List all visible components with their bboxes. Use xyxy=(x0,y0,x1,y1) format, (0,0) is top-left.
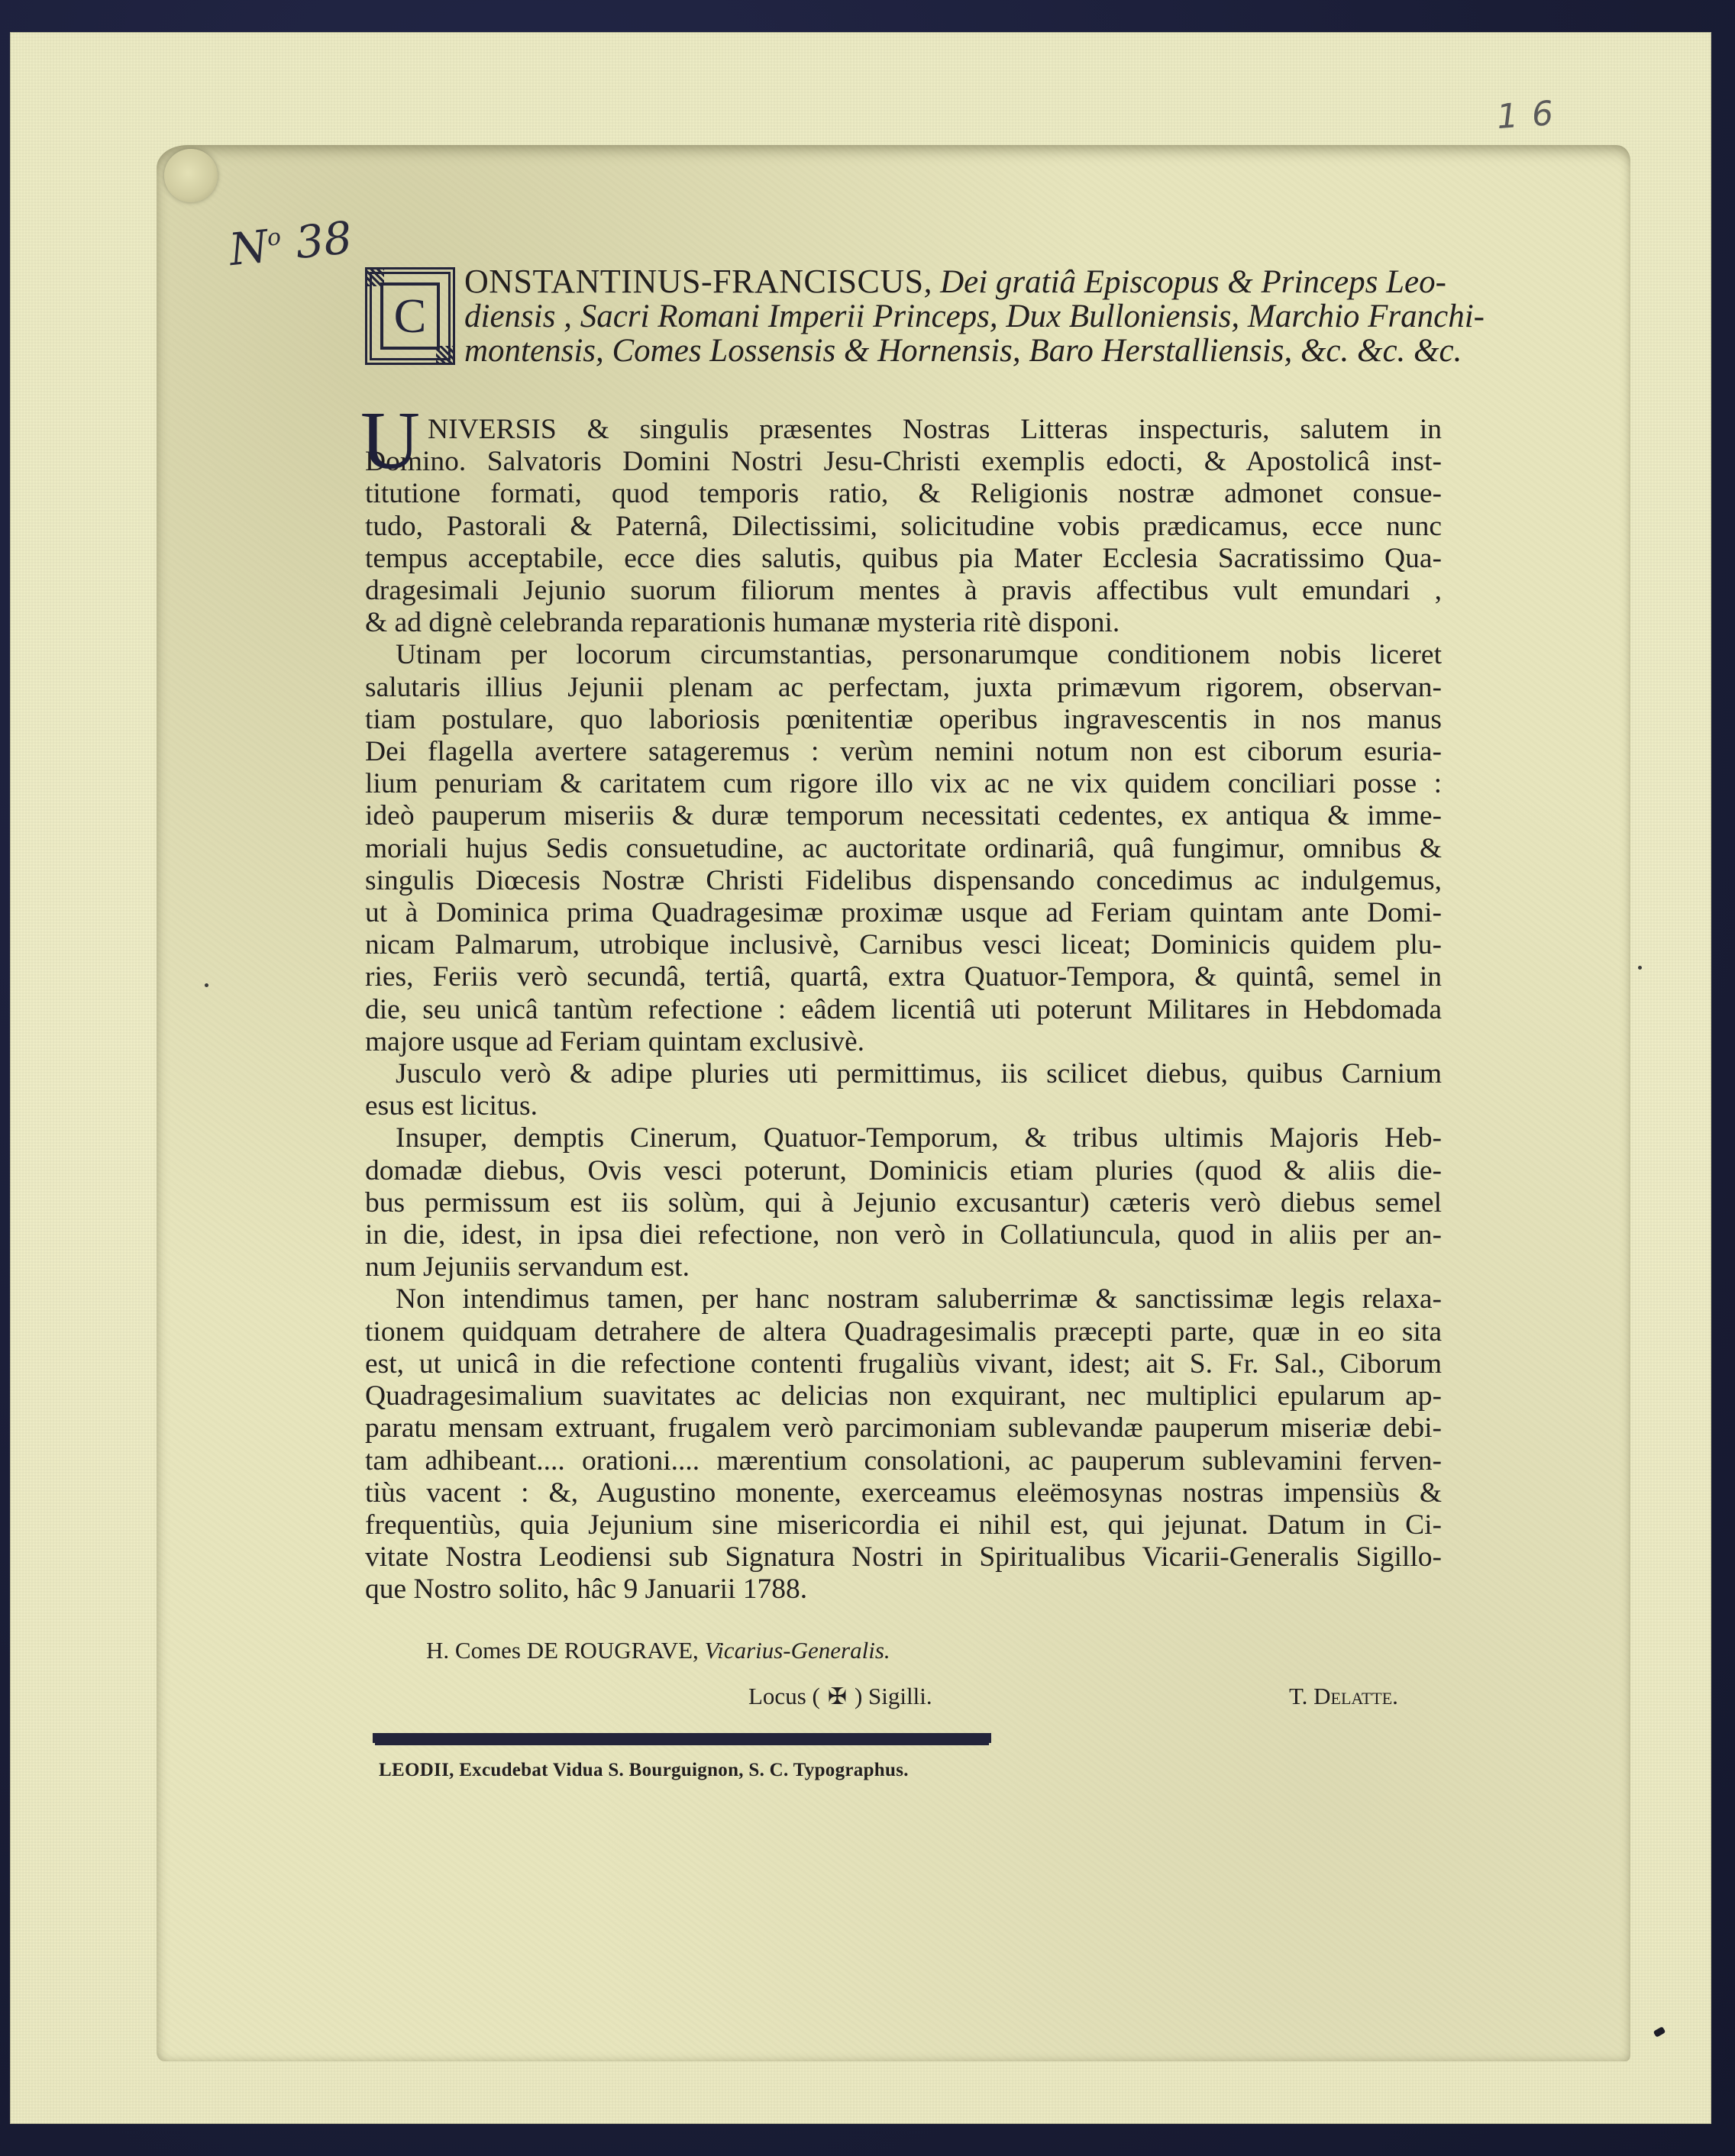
text-line: tudo, Pastorali & Paternâ, Dilectissimi,… xyxy=(365,511,1442,543)
text-line: frequentiùs, quia Jejunium sine miserico… xyxy=(365,1509,1442,1541)
seal-placeholder: Locus (✠) Sigilli. xyxy=(748,1673,932,1720)
drop-initial: U xyxy=(360,403,420,479)
text-line: in die, idest, in ipsa diei refectione, … xyxy=(365,1219,1442,1251)
text-line: Jusculo verò & adipe pluries uti permitt… xyxy=(365,1058,1442,1090)
text-line: Insuper, demptis Cinerum, Quatuor-Tempor… xyxy=(365,1122,1442,1154)
vicar-signature: H. Comes DE ROUGRAVE, Vicarius-Generalis… xyxy=(365,1628,1442,1673)
text-line: vitate Nostra Leodiensi sub Signatura No… xyxy=(365,1541,1442,1573)
document-content: C ONSTANTINUS-FRANCISCUS, Dei gratiâ Epi… xyxy=(365,267,1442,1781)
text-line: ut à Dominica prima Quadragesimæ proximæ… xyxy=(365,897,1442,929)
text-line: die, seu unicâ tantùm refectione : eâdem… xyxy=(365,994,1442,1026)
text-line: majore usque ad Feriam quintam exclusivè… xyxy=(365,1026,1442,1058)
text-line: dragesimali Jejunio suorum filiorum ment… xyxy=(365,575,1442,607)
text-line: que Nostro solito, hâc 9 Januarii 1788. xyxy=(365,1573,1442,1606)
text-line: esus est licitus. xyxy=(365,1090,1442,1122)
signature-block: H. Comes DE ROUGRAVE, Vicarius-Generalis… xyxy=(365,1628,1442,1719)
text-line: ideò pauperum miseriis & duræ temporum n… xyxy=(365,800,1442,832)
title-line: ONSTANTINUS-FRANCISCUS, Dei gratiâ Episc… xyxy=(464,264,1457,299)
text-line: moriali hujus Sedis consuetudine, ac auc… xyxy=(365,833,1442,865)
text-line: Dei flagella avertere satageremus : verù… xyxy=(365,736,1442,768)
title-block: C ONSTANTINUS-FRANCISCUS, Dei gratiâ Epi… xyxy=(365,267,1442,382)
text-line: tiùs vacent : &, Augustino monente, exer… xyxy=(365,1477,1442,1509)
text-line: domadæ diebus, Ovis vesci poterunt, Domi… xyxy=(365,1155,1442,1187)
text-line: Utinam per locorum circumstantias, perso… xyxy=(365,639,1442,671)
folio-number: 16 xyxy=(1495,93,1568,137)
torn-corner xyxy=(164,149,218,202)
text-line: singulis Diœcesis Nostræ Christi Fidelib… xyxy=(365,865,1442,897)
text-line: est, ut unicâ in die refectione contenti… xyxy=(365,1348,1442,1380)
printer-imprint: LEODII, Excudebat Vidua S. Bourguignon, … xyxy=(379,1760,1442,1781)
text-line: Domino. Salvatoris Domini Nostri Jesu-Ch… xyxy=(365,446,1442,478)
text-line: nicam Palmarum, utrobique inclusivè, Car… xyxy=(365,929,1442,961)
text-line: paratu mensam extruant, frugalem verò pa… xyxy=(365,1412,1442,1444)
text-line: & ad dignè celebranda reparationis human… xyxy=(365,607,1442,639)
text-line: NIVERSIS & singulis præsentes Nostras Li… xyxy=(365,414,1442,446)
dropcap-letter: C xyxy=(394,292,427,341)
secretary-signature: T. Delatte. xyxy=(1289,1673,1398,1719)
text-line: lium penuriam & caritatem cum rigore ill… xyxy=(365,768,1442,800)
text-line: tam adhibeant.... orationi.... mærentium… xyxy=(365,1445,1442,1477)
ornamental-initial: C xyxy=(365,267,455,365)
paragraph: Non intendimus tamen, per hanc nostram s… xyxy=(365,1283,1442,1606)
title-lines: ONSTANTINUS-FRANCISCUS, Dei gratiâ Episc… xyxy=(464,264,1457,368)
text-line: titutione formati, quod temporis ratio, … xyxy=(365,478,1442,510)
text-line: ries, Feriis verò secundâ, tertiâ, quart… xyxy=(365,961,1442,993)
text-line: tiam postulare, quo laboriosis pœnitenti… xyxy=(365,704,1442,736)
seal-line: Locus (✠) Sigilli. T. Delatte. xyxy=(365,1673,1442,1719)
cross-icon: ✠ xyxy=(828,1674,847,1720)
paragraph: Insuper, demptis Cinerum, Quatuor-Tempor… xyxy=(365,1122,1442,1283)
paragraph: Jusculo verò & adipe pluries uti permitt… xyxy=(365,1058,1442,1122)
body-text: UNIVERSIS & singulis præsentes Nostras L… xyxy=(365,414,1442,1606)
paragraph: Utinam per locorum circumstantias, perso… xyxy=(365,639,1442,1058)
text-line: num Jejuniis servandum est. xyxy=(365,1251,1442,1283)
text-line: bus permissum est iis solùm, qui à Jejun… xyxy=(365,1187,1442,1219)
text-line: tempus acceptabile, ecce dies salutis, q… xyxy=(365,543,1442,575)
title-line: montensis, Comes Lossensis & Hornensis, … xyxy=(464,334,1457,368)
ink-dot xyxy=(1638,966,1642,970)
paragraph: UNIVERSIS & singulis præsentes Nostras L… xyxy=(365,414,1442,639)
text-line: Quadragesimalium suavitates ac delicias … xyxy=(365,1380,1442,1412)
text-line: Non intendimus tamen, per hanc nostram s… xyxy=(365,1283,1442,1315)
printer-rule xyxy=(373,1733,991,1743)
title-line: diensis , Sacri Romani Imperii Princeps,… xyxy=(464,299,1457,334)
ink-dot xyxy=(205,983,208,987)
text-line: tionem quidquam detrahere de altera Quad… xyxy=(365,1316,1442,1348)
text-line: salutaris illius Jejunii plenam ac perfe… xyxy=(365,672,1442,704)
